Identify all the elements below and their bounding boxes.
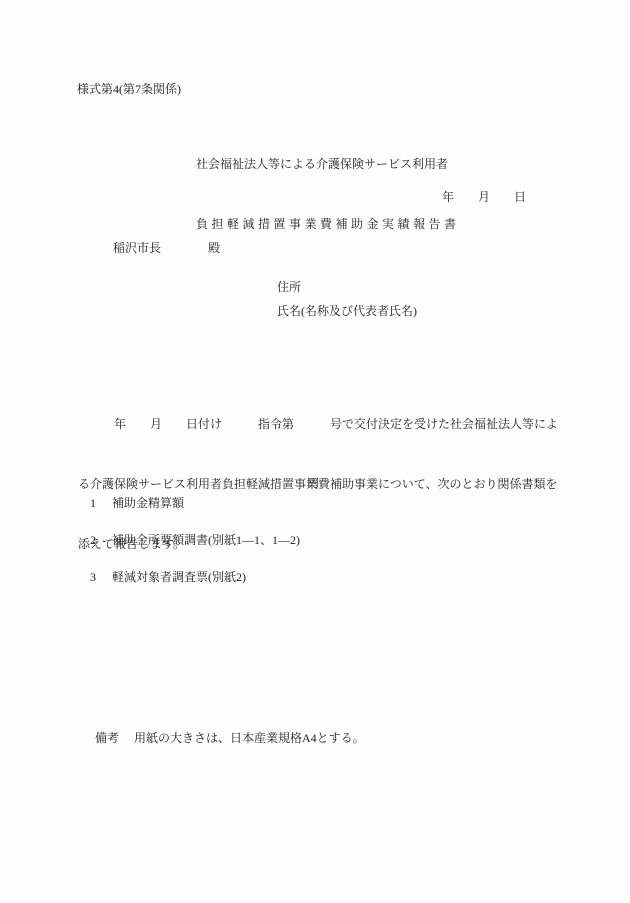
address-label: 住所	[277, 277, 301, 297]
body-paragraph-line: 年 月 日付け 指令第 号で交付決定を受けた社会福祉法人等によ	[78, 414, 558, 434]
date-line: 年 月 日	[442, 187, 526, 207]
remarks-label: 備考	[95, 731, 119, 745]
form-number: 様式第4(第7条関係)	[77, 79, 181, 99]
list-item-label: 補助金所要額調書(別紙1―1、1―2)	[112, 533, 300, 547]
name-label: 氏名(名称及び代表者氏名)	[277, 301, 417, 321]
list-item-number: 3	[90, 567, 112, 587]
currency-unit-label: 円	[307, 473, 319, 493]
document-title-line1: 社会福祉法人等による介護保険サービス利用者	[196, 154, 460, 174]
report-form-page: 様式第4(第7条関係) 社会福祉法人等による介護保険サービス利用者 負担軽減措置…	[0, 0, 630, 903]
recipient-row: 稲沢市長殿	[101, 218, 220, 278]
recipient-honorific: 殿	[208, 241, 220, 255]
list-item-label: 補助金精算額	[112, 496, 184, 510]
recipient-name: 稲沢市長	[113, 241, 161, 255]
list-item-reduction-survey: 3軽減対象者調査票(別紙2)	[78, 547, 246, 607]
document-title: 社会福祉法人等による介護保険サービス利用者 負担軽減措置事業費補助金実績報告書	[196, 114, 460, 274]
document-title-line2: 負担軽減措置事業費補助金実績報告書	[196, 214, 460, 234]
remarks-text: 用紙の大きさは、日本産業規格A4とする。	[134, 731, 365, 745]
remarks-row: 備考用紙の大きさは、日本産業規格A4とする。	[83, 708, 365, 768]
list-item-label: 軽減対象者調査票(別紙2)	[112, 570, 246, 584]
